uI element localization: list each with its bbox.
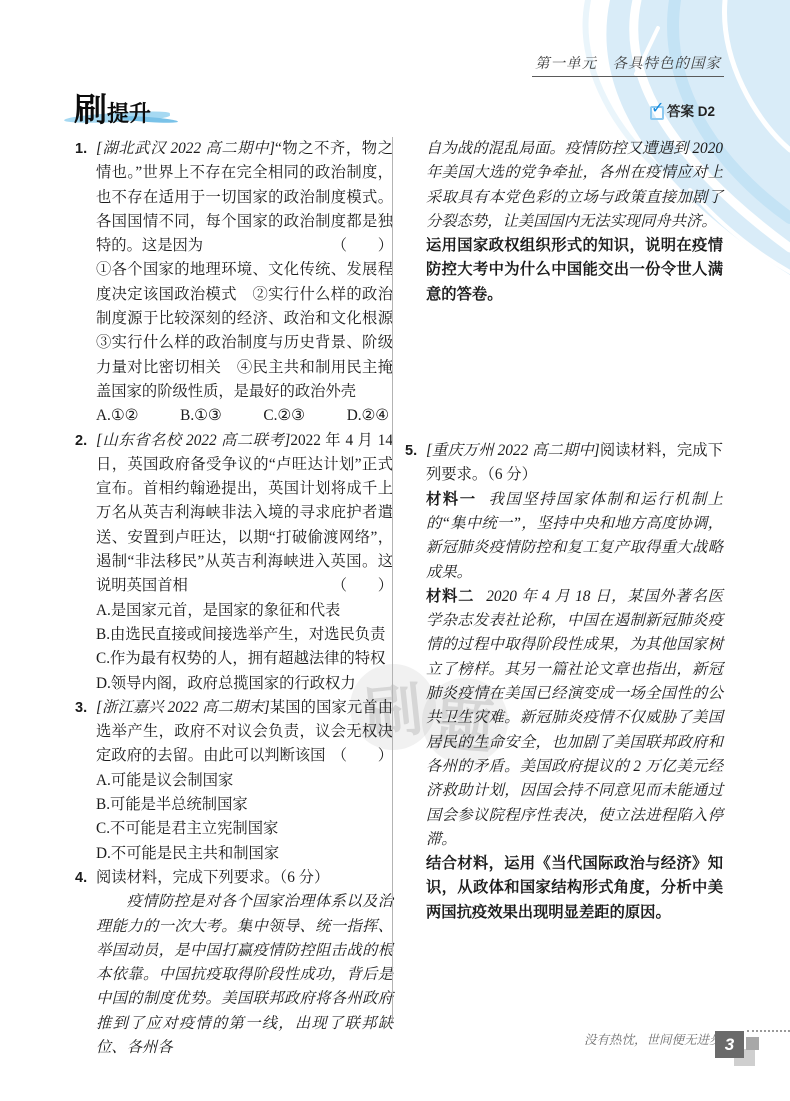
question-block: 2.[山东省名校 2022 高二联考]2022 年 4 月 14 日，英国政府备… [75, 429, 393, 696]
option-item: B.可能是半总统制国家 [96, 793, 393, 817]
question-stem: [山东省名校 2022 高二联考]2022 年 4 月 14 日，英国政府备受争… [96, 429, 393, 599]
right-column: 自为战的混乱局面。疫情防控又遭遇到 2020 年美国大选的党争牵扯，各州在疫情应… [405, 137, 723, 925]
option-item: A.可能是议会制国家 [96, 769, 393, 793]
option-item: C.作为最有权势的人，拥有超越法律的特权 [96, 647, 393, 671]
section-title-rest: 提升 [107, 101, 151, 126]
question-number: 5. [405, 439, 417, 463]
question-number: 4. [75, 866, 87, 890]
question-heading: [重庆万州 2022 高二期中]阅读材料，完成下列要求。（6 分） [426, 439, 723, 488]
question-source: [湖北武汉 2022 高二期中] [96, 140, 275, 157]
question-block: 疫情防控是对各个国家治理体系以及治理能力的一次大考。集中领导、统一指挥、举国动员… [75, 890, 393, 1060]
option-item: B.①③ [180, 404, 221, 428]
question-block: 自为战的混乱局面。疫情防控又遭遇到 2020 年美国大选的党争牵扯，各州在疫情应… [405, 137, 723, 234]
material-label: 材料二 [426, 588, 486, 605]
question-block: 结合材料，运用《当代国际政治与经济》知识，从政体和国家结构形式角度，分析中美两国… [405, 852, 723, 925]
material-label: 材料一 [426, 491, 489, 508]
section-title-big-char: 刷 [74, 91, 107, 128]
options-row: A.①②B.①③C.②③D.②④ [96, 404, 393, 428]
material-paragraph: 自为战的混乱局面。疫情防控又遭遇到 2020 年美国大选的党争牵扯，各州在疫情应… [426, 137, 723, 234]
page-number-decoration-mid [746, 1037, 759, 1050]
option-item: C.不可能是君主立宪制国家 [96, 817, 393, 841]
question-detail: ①各个国家的地理环境、文化传统、发展程度决定该国政治模式 ②实行什么样的政治制度… [96, 258, 393, 404]
page-number-badge: 3 [715, 1031, 744, 1058]
question-block: 4.阅读材料，完成下列要求。（6 分） [75, 866, 393, 890]
dotted-line-decoration [747, 1030, 790, 1032]
question-number: 1. [75, 137, 87, 161]
left-column: 1.[湖北武汉 2022 高二期中]“物之不齐，物之情也。”世界上不存在完全相同… [75, 137, 393, 1060]
option-item: A.是国家元首，是国家的象征和代表 [96, 599, 393, 623]
question-block: 5.[重庆万州 2022 高二期中]阅读材料，完成下列要求。（6 分） [405, 439, 723, 488]
question-block: 3.[浙江嘉兴 2022 高二期末]某国的国家元首由选举产生，政府不对议会负责，… [75, 696, 393, 866]
footer-motto: 没有热忱，世间便无进步。 [584, 1030, 734, 1048]
page-number: 3 [725, 1035, 734, 1055]
question-number: 2. [75, 429, 87, 453]
option-item: D.②④ [347, 404, 389, 428]
question-source: [山东省名校 2022 高二联考] [96, 432, 290, 449]
section-title: 刷提升 [74, 84, 151, 131]
question-source: [浙江嘉兴 2022 高二期末] [96, 699, 270, 716]
material-text: 2020 年 4 月 18 日，某国外著名医学杂志发表社论称，中国在遏制新冠肺炎… [426, 588, 723, 848]
check-icon: ✓ [650, 104, 663, 117]
column-divider [392, 137, 393, 1021]
answer-reference-label: 答案 D2 [667, 100, 715, 120]
material-paragraph: 疫情防控是对各个国家治理体系以及治理能力的一次大考。集中领导、统一指挥、举国动员… [96, 890, 393, 1060]
question-stem: [湖北武汉 2022 高二期中]“物之不齐，物之情也。”世界上不存在完全相同的政… [96, 137, 393, 258]
unit-header: 第一单元 各具特色的国家 [532, 52, 724, 77]
question-block: 材料二2020 年 4 月 18 日，某国外著名医学杂志发表社论称，中国在遏制新… [405, 585, 723, 852]
answer-bracket: （ ） [332, 744, 393, 768]
option-item: C.②③ [263, 404, 304, 428]
question-block: 1.[湖北武汉 2022 高二期中]“物之不齐，物之情也。”世界上不存在完全相同… [75, 137, 393, 429]
question-block: 运用国家政权组织形式的知识，说明在疫情防控大考中为什么中国能交出一份令世人满意的… [405, 234, 723, 307]
question-number: 3. [75, 696, 87, 720]
answer-reference: ✓ 答案 D2 [650, 100, 715, 120]
question-source: [重庆万州 2022 高二期中] [426, 442, 600, 459]
question-block: 材料一我国坚持国家体制和运行机制上的“集中统一”，坚持中央和地方高度协调，新冠肺… [405, 488, 723, 585]
material-paragraph: 材料一我国坚持国家体制和运行机制上的“集中统一”，坚持中央和地方高度协调，新冠肺… [426, 488, 723, 585]
question-stem: [浙江嘉兴 2022 高二期末]某国的国家元首由选举产生，政府不对议会负责，议会… [96, 696, 393, 769]
option-item: D.不可能是民主共和制国家 [96, 842, 393, 866]
column-spacer [405, 307, 723, 439]
task-paragraph: 运用国家政权组织形式的知识，说明在疫情防控大考中为什么中国能交出一份令世人满意的… [426, 234, 723, 307]
option-item: A.①② [96, 404, 138, 428]
answer-bracket: （ ） [332, 574, 393, 598]
answer-bracket: （ ） [332, 234, 393, 258]
option-item: D.领导内阁，政府总揽国家的行政权力 [96, 672, 393, 696]
material-paragraph: 材料二2020 年 4 月 18 日，某国外著名医学杂志发表社论称，中国在遏制新… [426, 585, 723, 852]
option-item: B.由选民直接或间接选举产生，对选民负责 [96, 623, 393, 647]
question-heading: 阅读材料，完成下列要求。（6 分） [96, 866, 393, 890]
workbook-page: 第一单元 各具特色的国家 刷提升 ✓ 答案 D2 刷 题 1.[湖北武汉 202… [0, 0, 790, 1101]
task-paragraph: 结合材料，运用《当代国际政治与经济》知识，从政体和国家结构形式角度，分析中美两国… [426, 852, 723, 925]
